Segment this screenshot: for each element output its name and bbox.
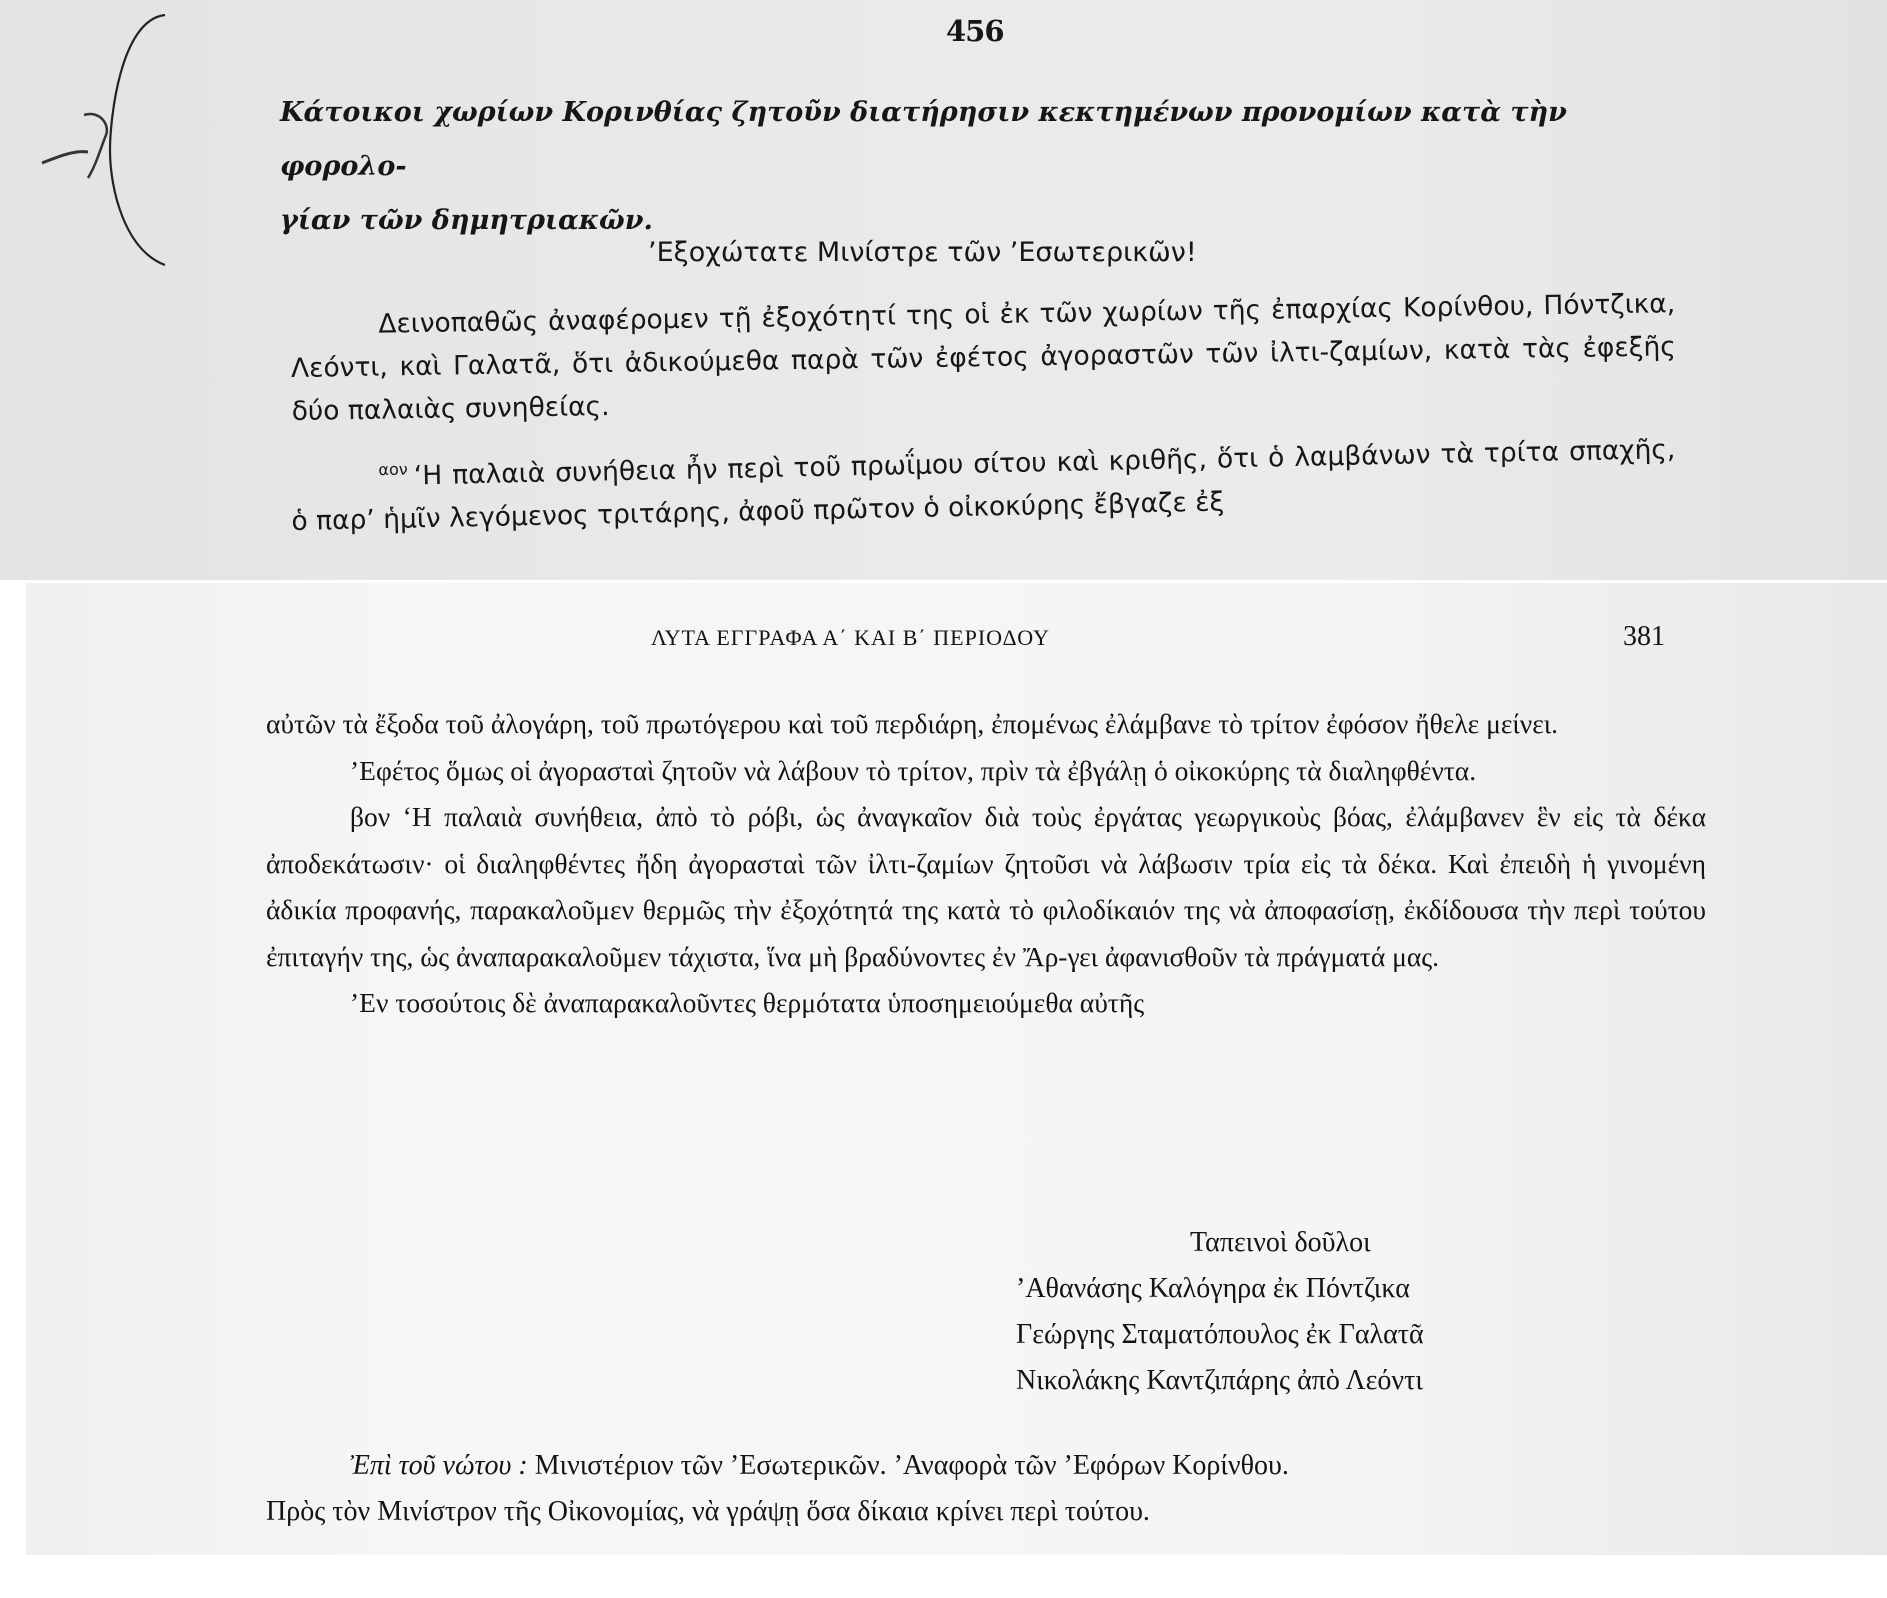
signatory: ’Αθανάσης Καλόγηρα ἐκ Πόντζικα <box>1016 1266 1424 1312</box>
signatory: Νικολάκης Καντζιπάρης ἀπὸ Λεόντι <box>1016 1358 1424 1404</box>
paragraph-text: Δεινοπαθῶς ἀναφέρομεν τῇ ἐξοχότητί της ο… <box>291 288 1676 427</box>
paragraph-text: ‘Η παλαιὰ συνήθεια ἦν περὶ τοῦ πρωΐμου σ… <box>291 434 1675 537</box>
signatory: Γεώργης Σταματόπουλος ἐκ Γαλατᾶ <box>1016 1312 1424 1358</box>
endorsement-note: Ἐπὶ τοῦ νώτου : Μινιστέριον τῶν ’Εσωτερι… <box>266 1443 1706 1535</box>
list-marker: αον <box>378 460 408 480</box>
closing: Ταπεινοὶ δοῦλοι <box>1016 1220 1424 1266</box>
bottom-page-scan: ΛΥΤΑ ΕΓΓΡΑΦΑ Α΄ ΚΑΙ Β΄ ΠΕΡΙΟΔΟΥ 381 αὐτῶ… <box>26 583 1887 1555</box>
paragraph: αὐτῶν τὰ ἔξοδα τοῦ ἀλογάρη, τοῦ πρωτόγερ… <box>266 701 1706 748</box>
paragraph: βον ‘Η παλαιὰ συνήθεια, ἀπὸ τὸ ρόβι, ὡς … <box>266 794 1706 980</box>
document-title: Κάτοικοι χωρίων Κορινθίας ζητοῦν διατήρη… <box>280 86 1680 248</box>
endorsement-line-2: Πρὸς τὸν Μινίστρον τῆς Οἰκονομίας, νὰ γρ… <box>266 1489 1706 1535</box>
endorsement-line-1: Μινιστέριον τῶν ’Εσωτερικῶν. ’Αναφορὰ τῶ… <box>535 1450 1289 1481</box>
running-head: ΛΥΤΑ ΕΓΓΡΑΦΑ Α΄ ΚΑΙ Β΄ ΠΕΡΙΟΔΟΥ <box>651 625 1050 651</box>
handwritten-bracket-arrow-icon <box>0 0 320 280</box>
top-page-scan: 456 Κάτοικοι χωρίων Κορινθίας ζητοῦν δια… <box>0 0 1887 580</box>
title-line-1: Κάτοικοι χωρίων Κορινθίας ζητοῦν διατήρη… <box>280 86 1680 194</box>
body-text: αὐτῶν τὰ ἔξοδα τοῦ ἀλογάρη, τοῦ πρωτόγερ… <box>266 701 1706 1027</box>
salutation: ’Εξοχώτατε Μινίστρε τῶν ’Εσωτερικῶν! <box>648 237 1197 268</box>
page-number: 456 <box>946 14 1004 48</box>
paragraph: αον‘Η παλαιὰ συνήθεια ἦν περὶ τοῦ πρωΐμο… <box>290 421 1677 543</box>
page-number: 381 <box>1623 621 1665 653</box>
signature-block: Ταπεινοὶ δοῦλοι ’Αθανάσης Καλόγηρα ἐκ Πό… <box>1016 1220 1424 1404</box>
paragraph: Δεινοπαθῶς ἀναφέρομεν τῇ ἐξοχότητί της ο… <box>290 282 1677 433</box>
paragraph: ’Εφέτος ὅμως οἱ ἀγορασταὶ ζητοῦν νὰ λάβο… <box>266 748 1706 795</box>
endorsement-label: Ἐπὶ τοῦ νώτου : <box>350 1450 528 1481</box>
paragraph: ’Εν τοσούτοις δὲ ἀναπαρακαλοῦντες θερμότ… <box>266 980 1706 1027</box>
